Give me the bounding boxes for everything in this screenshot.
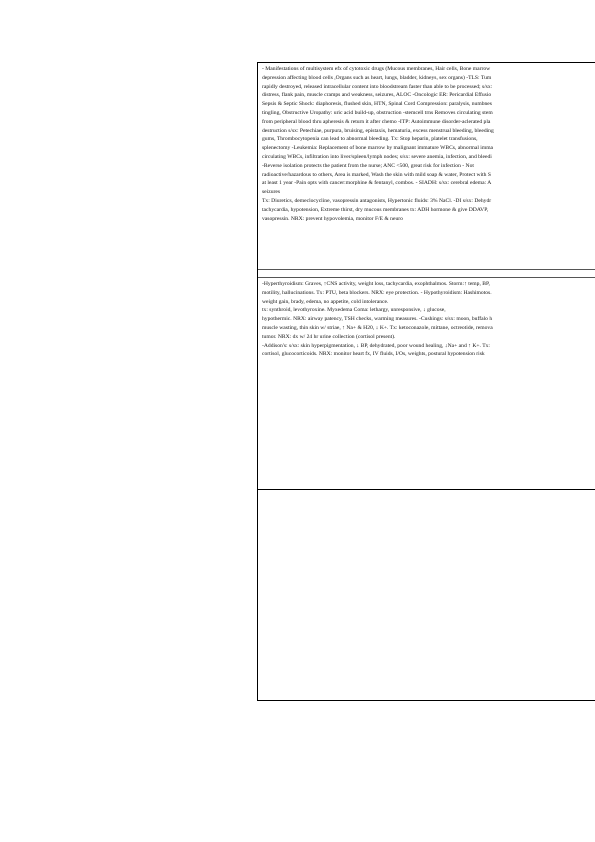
text-line: distress, flank pain, muscle cramps and … [262, 91, 595, 100]
notes-cell-oncology: - Manifestations of multisystem efx of c… [258, 63, 595, 270]
text-line: at least 1 year -Pain opts with cancer:m… [262, 179, 595, 188]
text-line: tingling, Obstructive Uropathy: uric aci… [262, 109, 595, 118]
notes-cell-endocrine: -Hyperthyroidism: Graves, ↑CNS activity,… [258, 277, 595, 490]
text-line: circulating WBCs, infiltration into live… [262, 153, 595, 162]
document-page: - Manifestations of multisystem efx of c… [257, 62, 595, 701]
text-line: radioactive/hazardous to others, Area is… [262, 171, 595, 180]
text-line: weight gain, brady, edema, no appetite, … [262, 298, 595, 307]
notes-cell-empty [258, 490, 595, 701]
text-line: -Hyperthyroidism: Graves, ↑CNS activity,… [262, 280, 595, 289]
text-line: hypothermic. NRX: airway patency, TSH ch… [262, 315, 595, 324]
notes-paragraph: - Manifestations of multisystem efx of c… [262, 65, 595, 223]
text-line: tumor. NRX: dx w/ 24 hr urine collection… [262, 333, 595, 342]
text-line: gums, Thrombocytopenia can lead to abnor… [262, 135, 595, 144]
text-line: motility, hallucinations. Tx: PTU, beta … [262, 289, 595, 298]
text-line: vasopressin. NRX: prevent hypovolemia, m… [262, 215, 595, 224]
text-line: rapidly destroyed, released intracellula… [262, 83, 595, 92]
text-line: - Manifestations of multisystem efx of c… [262, 65, 595, 74]
text-line: Tx: Diuretics, demeclocycline, vasopress… [262, 197, 595, 206]
text-line: -Addison's: s/sx: skin hyperpigmentation… [262, 342, 595, 351]
text-line: destruction s/sx: Petechiae, purpura, br… [262, 127, 595, 136]
text-line: splenectomy -Leukemia: Replacement of bo… [262, 144, 595, 153]
text-line: muscle wasting, thin skin w/ striae, ↑ N… [262, 324, 595, 333]
text-line: depression affecting blood cells ,Organs… [262, 74, 595, 83]
text-line: from peripheral blood thru apheresis & r… [262, 118, 595, 127]
text-line: Sepsis & Septic Shock: diaphoresis, flus… [262, 100, 595, 109]
notes-paragraph: -Hyperthyroidism: Graves, ↑CNS activity,… [262, 280, 595, 359]
text-line: tx: synthroid, levothyroxine. Myxedema C… [262, 306, 595, 315]
text-line: cortisol, glucocorticoids. NRX: monitor … [262, 350, 595, 359]
text-line: -Reverse isolation protects the patient … [262, 162, 595, 171]
text-line: tachycardia, hypotension, Extreme thirst… [262, 206, 595, 215]
text-line: seizures [262, 188, 595, 197]
